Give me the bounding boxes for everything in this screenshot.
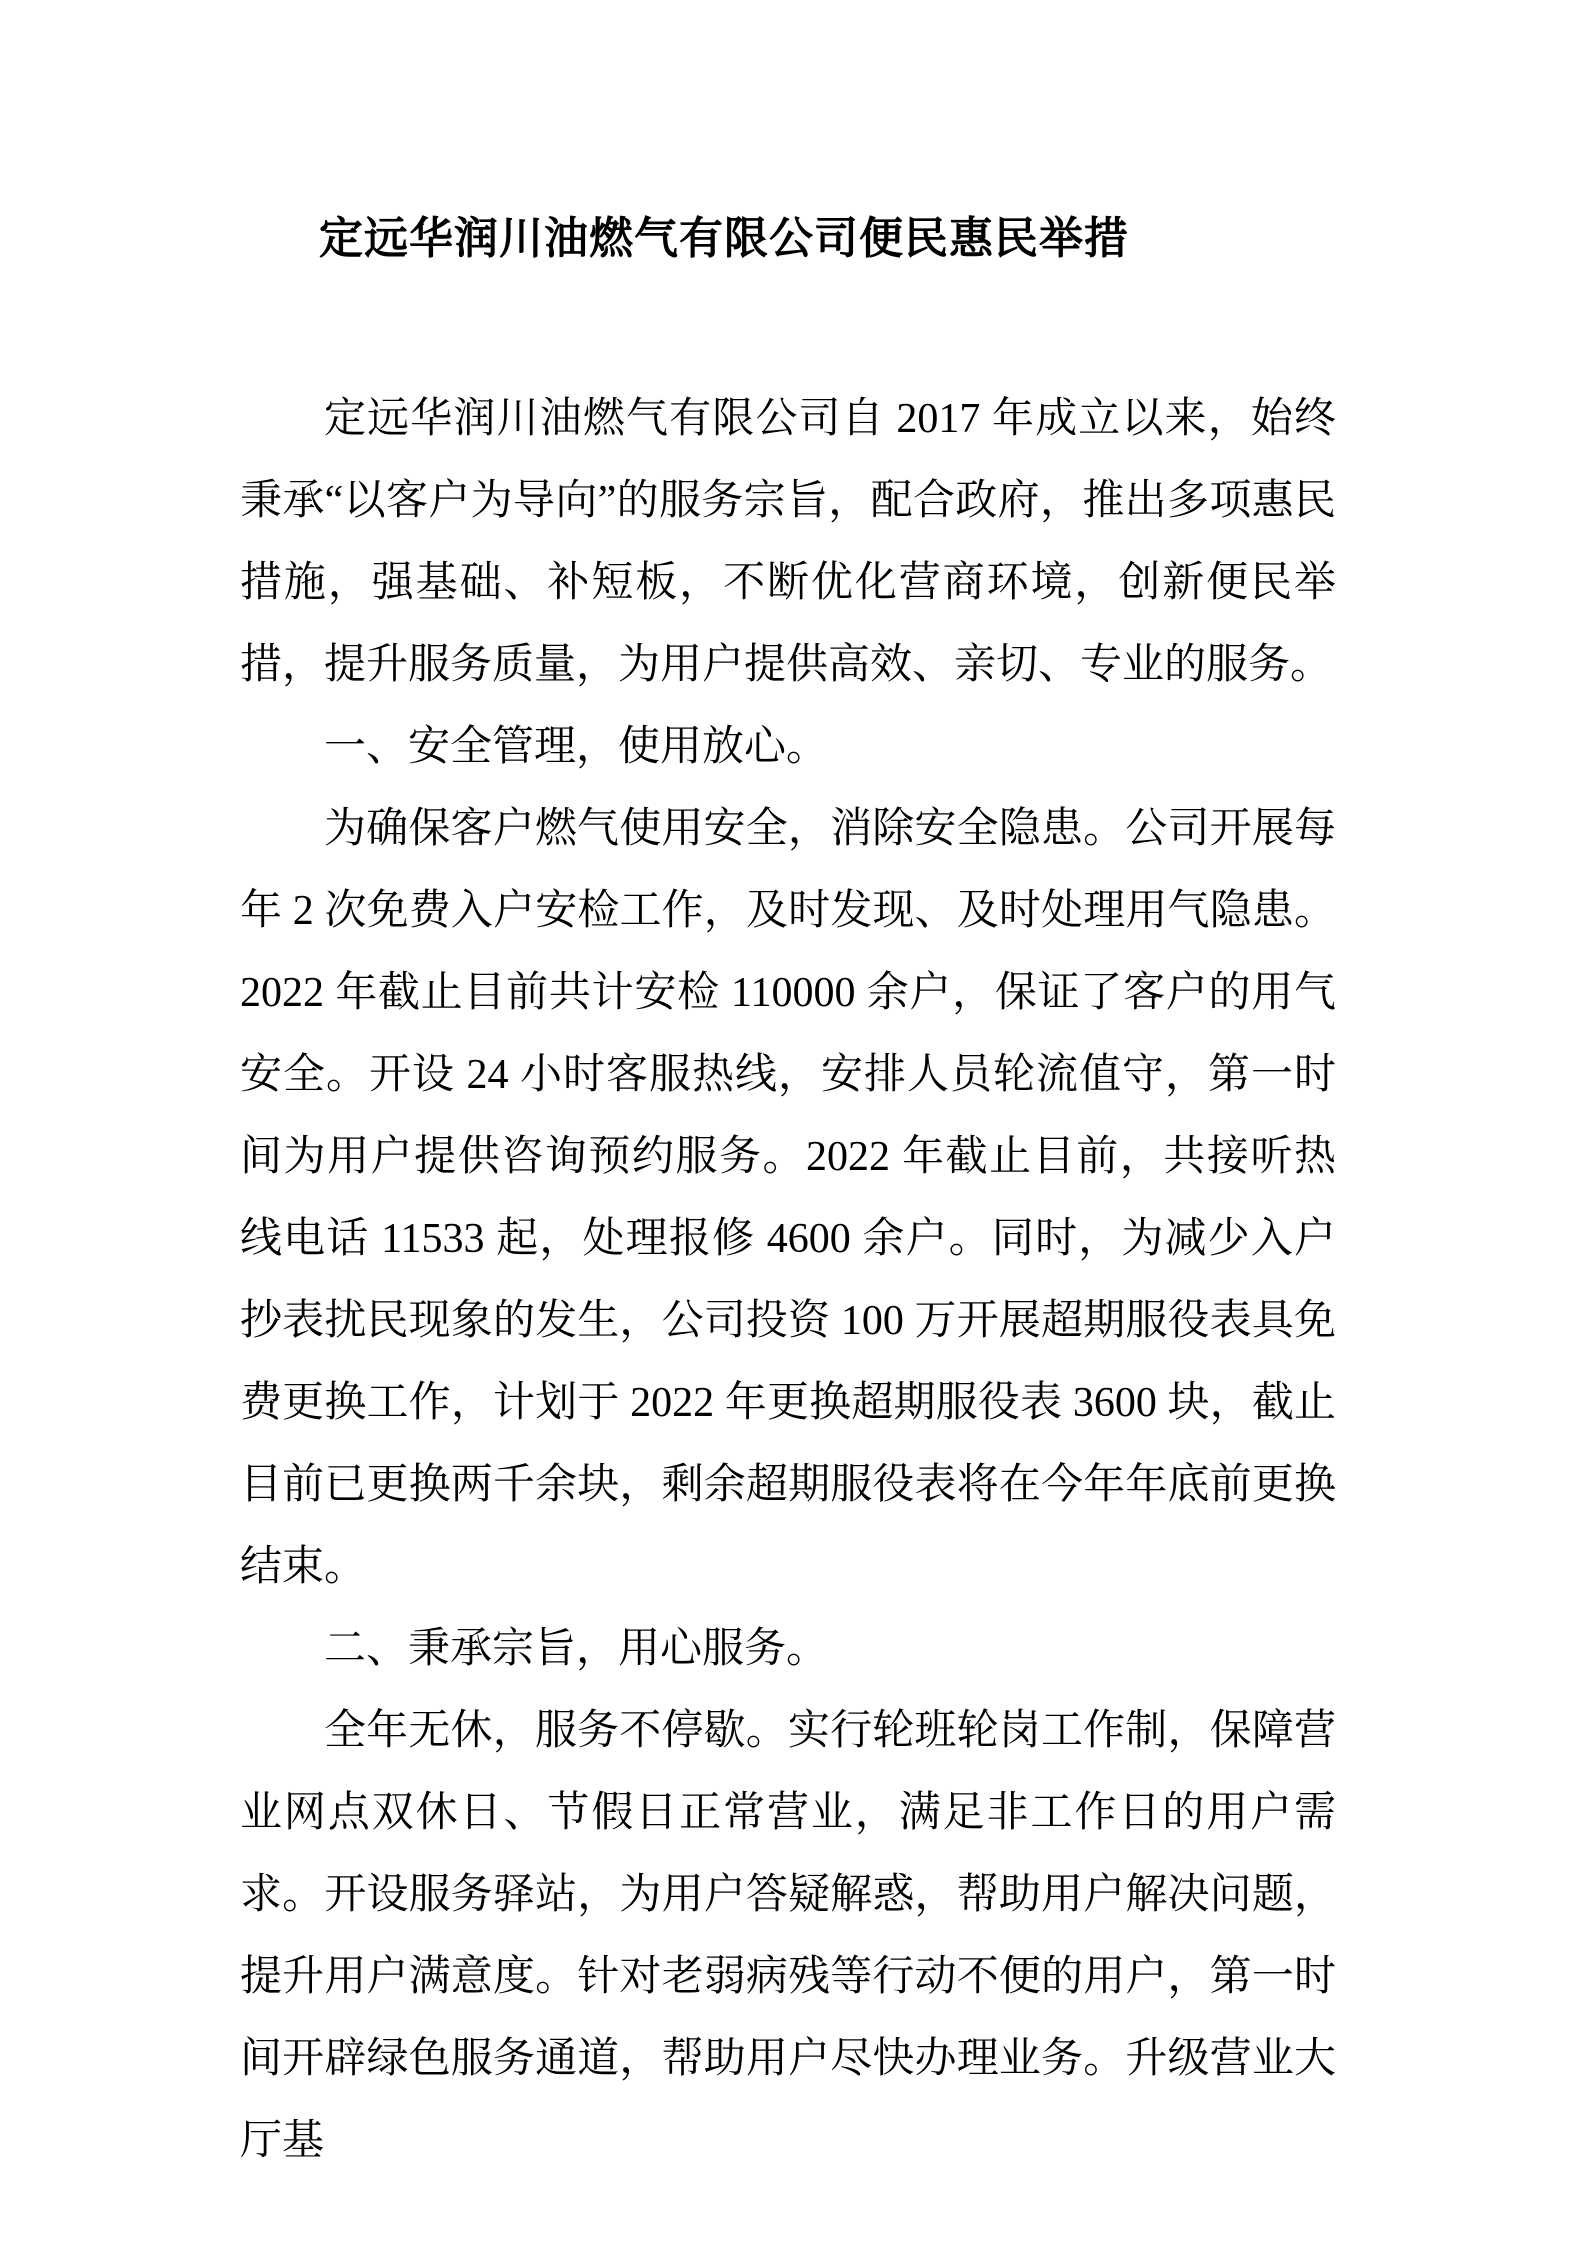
section-2-paragraph: 全年无休，服务不停歇。实行轮班轮岗工作制，保障营业网点双休日、节假日正常营业，满… — [240, 1690, 1336, 2182]
document-title: 定远华润川油燃气有限公司便民惠民举措 — [240, 198, 1208, 280]
document-page: 定远华润川油燃气有限公司便民惠民举措 定远华润川油燃气有限公司自 2017 年成… — [0, 0, 1586, 2244]
intro-paragraph: 定远华润川油燃气有限公司自 2017 年成立以来，始终秉承“以客户为导向”的服务… — [240, 378, 1336, 706]
section-1-paragraph: 为确保客户燃气使用安全，消除安全隐患。公司开展每年 2 次免费入户安检工作，及时… — [240, 788, 1336, 1608]
section-1-heading: 一、安全管理，使用放心。 — [240, 706, 1336, 788]
document-body: 定远华润川油燃气有限公司自 2017 年成立以来，始终秉承“以客户为导向”的服务… — [240, 378, 1336, 2182]
section-2-heading: 二、秉承宗旨，用心服务。 — [240, 1608, 1336, 1690]
